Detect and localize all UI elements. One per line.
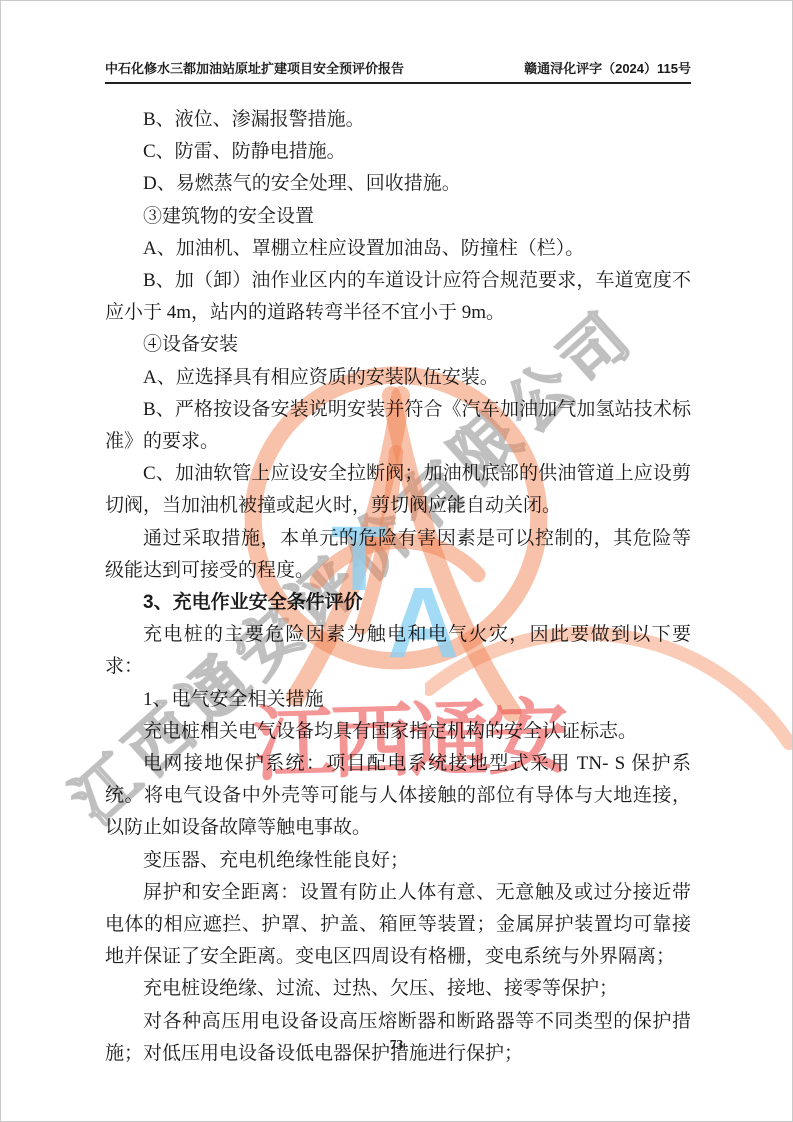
paragraph: 屏护和安全距离：设置有防止人体有意、无意触及或过分接近带电体的相应遮拦、护罩、护… xyxy=(105,877,691,974)
paragraph: 电网接地保护系统：项目配电系统接地型式采用 TN- S 保护系统。将电气设备中外… xyxy=(105,748,691,845)
document-number: 赣通浔化评字（2024）115号 xyxy=(524,61,691,77)
paragraph: 充电桩设绝缘、过流、过热、欠压、接地、接零等保护； xyxy=(105,973,691,1005)
paragraph: B、严格按设备安装说明安装并符合《汽车加油加气加氢站技术标准》的要求。 xyxy=(105,394,691,458)
page-number: 73 xyxy=(1,1037,792,1053)
paragraph: A、加油机、罩棚立柱应设置加油岛、防撞柱（栏）。 xyxy=(105,233,691,265)
paragraph: B、加（卸）油作业区内的车道设计应符合规范要求，车道宽度不应小于 4m，站内的道… xyxy=(105,265,691,329)
document-page: 中石化修水三都加油站原址扩建项目安全预评价报告 赣通浔化评字（2024）115号… xyxy=(0,0,793,1122)
paragraph: C、加油软管上应设安全拉断阀；加油机底部的供油管道上应设剪切阀，当加油机被撞或起… xyxy=(105,458,691,522)
page-header: 中石化修水三都加油站原址扩建项目安全预评价报告 赣通浔化评字（2024）115号 xyxy=(105,61,691,84)
body-paragraphs: B、液位、渗漏报警措施。C、防雷、防静电措施。D、易燃蒸气的安全处理、回收措施。… xyxy=(105,104,691,1070)
paragraph: ③建筑物的安全设置 xyxy=(105,201,691,233)
paragraph: D、易燃蒸气的安全处理、回收措施。 xyxy=(105,168,691,200)
paragraph: ④设备安装 xyxy=(105,329,691,361)
paragraph: A、应选择具有相应资质的安装队伍安装。 xyxy=(105,362,691,394)
paragraph: C、防雷、防静电措施。 xyxy=(105,136,691,168)
paragraph: 充电桩的主要危险因素为触电和电气火灾，因此要做到以下要求： xyxy=(105,619,691,683)
paragraph: 1、电气安全相关措施 xyxy=(105,684,691,716)
paragraph: 通过采取措施，本单元的危险有害因素是可以控制的，其危险等级能达到可接受的程度。 xyxy=(105,523,691,587)
paragraph: 变压器、充电机绝缘性能良好； xyxy=(105,845,691,877)
paragraph: B、液位、渗漏报警措施。 xyxy=(105,104,691,136)
report-title: 中石化修水三都加油站原址扩建项目安全预评价报告 xyxy=(105,61,404,77)
section-heading: 3、充电作业安全条件评价 xyxy=(105,587,691,619)
paragraph: 充电桩相关电气设备均具有国家指定机构的安全认证标志。 xyxy=(105,716,691,748)
